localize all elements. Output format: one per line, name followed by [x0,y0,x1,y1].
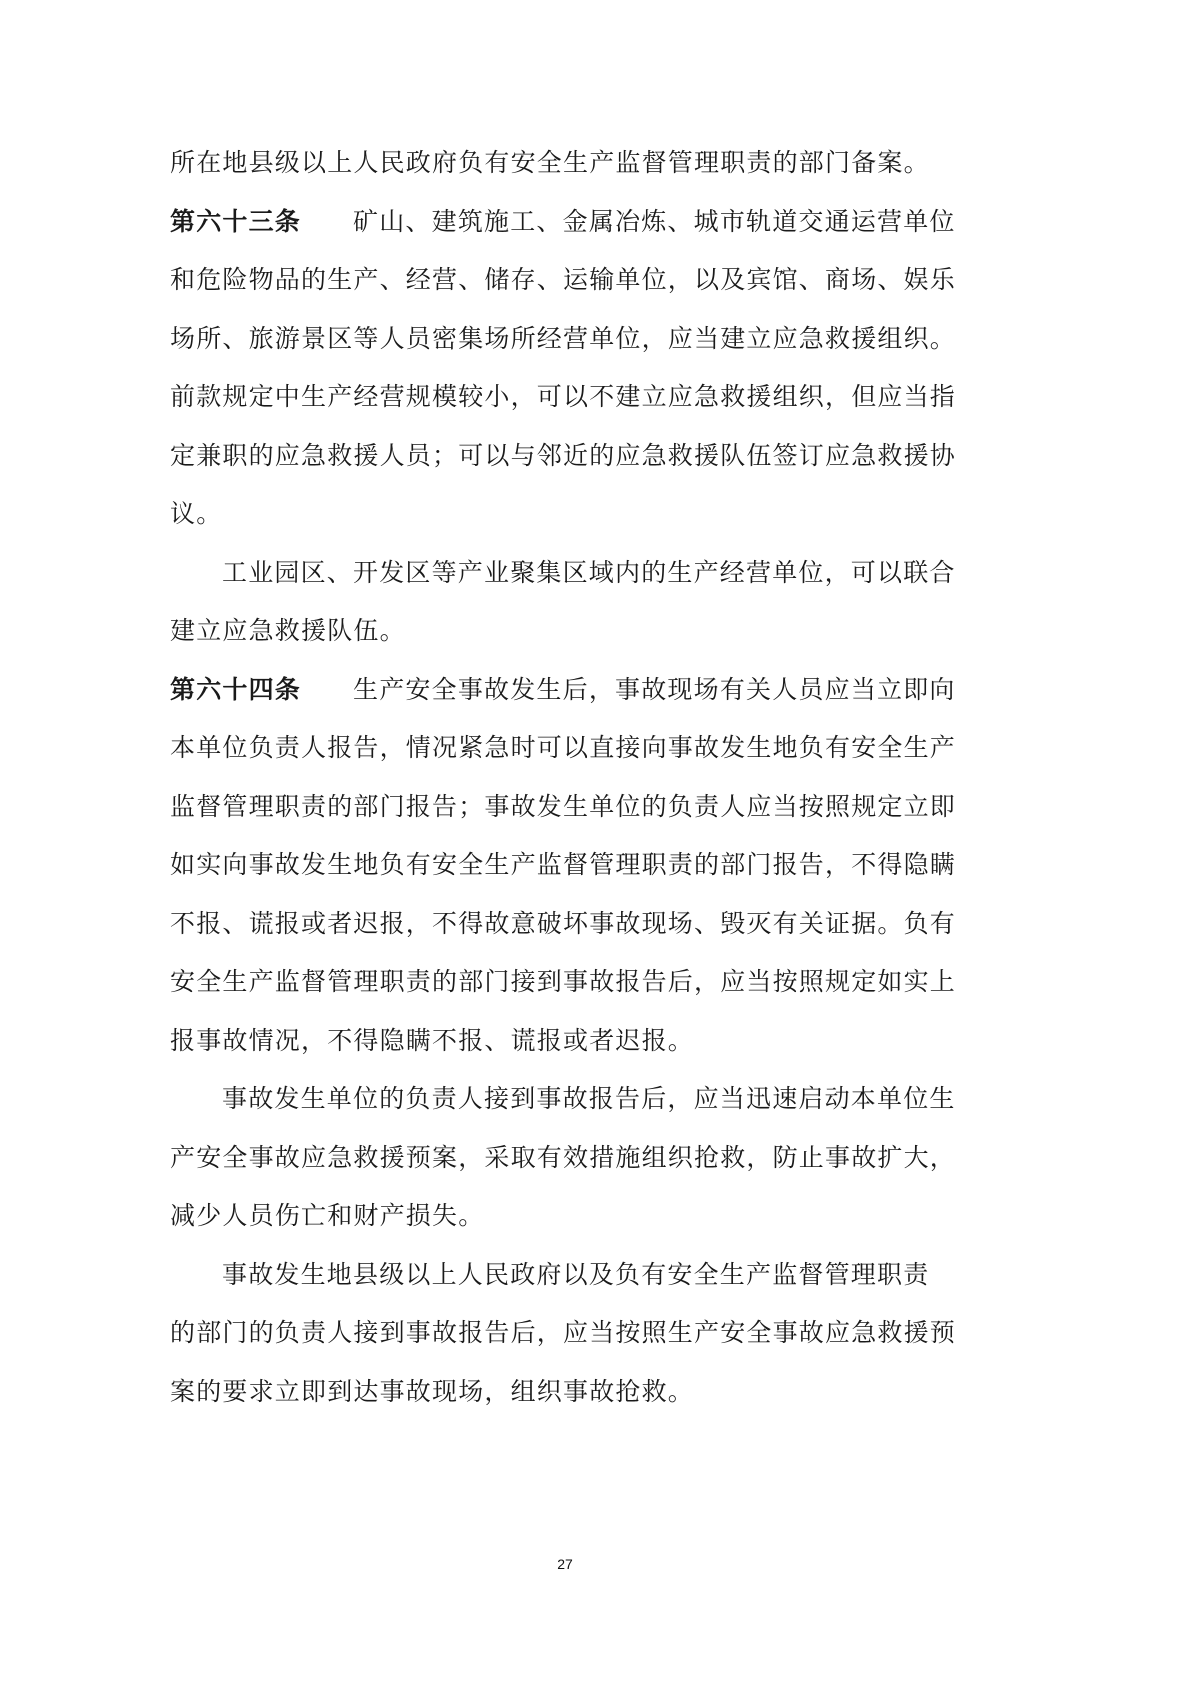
text-line: 如实向事故发生地负有安全生产监督管理职责的部门报告，不得隐瞒 [170,842,946,901]
line-text: 定兼职的应急救援人员；可以与邻近的应急救援队伍签订应急救援协 [170,441,956,470]
text-line: 监督管理职责的部门报告；事故发生单位的负责人应当按照规定立即 [170,784,946,843]
line-text: 前款规定中生产经营规模较小，可以不建立应急救援组织，但应当指 [170,382,956,411]
text-line: 场所、旅游景区等人员密集场所经营单位，应当建立应急救援组织。 [170,316,946,375]
text-line: 议。 [170,491,946,550]
text-line: 不报、谎报或者迟报，不得故意破坏事故现场、毁灭有关证据。负有 [170,901,946,960]
line-text: 议。 [170,499,222,528]
article-heading-line: 第六十三条矿山、建筑施工、金属冶炼、城市轨道交通运营单位 [170,199,946,258]
text-line: 建立应急救援队伍。 [170,608,946,667]
text-line: 所在地县级以上人民政府负有安全生产监督管理职责的部门备案。 [170,140,946,199]
line-text: 案的要求立即到达事故现场，组织事故抢救。 [170,1377,694,1406]
text-line: 安全生产监督管理职责的部门接到事故报告后，应当按照规定如实上 [170,959,946,1018]
document-page: 所在地县级以上人民政府负有安全生产监督管理职责的部门备案。 第六十三条矿山、建筑… [0,0,1190,1683]
paragraph-start-line: 事故发生地县级以上人民政府以及负有安全生产监督管理职责 [170,1252,946,1311]
line-text: 不报、谎报或者迟报，不得故意破坏事故现场、毁灭有关证据。负有 [170,909,956,938]
body-text: 所在地县级以上人民政府负有安全生产监督管理职责的部门备案。 第六十三条矿山、建筑… [170,140,946,1427]
article-heading-line: 第六十四条生产安全事故发生后，事故现场有关人员应当立即向 [170,667,946,726]
line-text: 本单位负责人报告，情况紧急时可以直接向事故发生地负有安全生产 [170,733,956,762]
line-text: 报事故情况，不得隐瞒不报、谎报或者迟报。 [170,1026,694,1055]
paragraph-start-line: 工业园区、开发区等产业聚集区域内的生产经营单位，可以联合 [170,550,946,609]
text-line: 和危险物品的生产、经营、储存、运输单位，以及宾馆、商场、娱乐 [170,257,946,316]
text-line: 本单位负责人报告，情况紧急时可以直接向事故发生地负有安全生产 [170,725,946,784]
paragraph-start-line: 事故发生单位的负责人接到事故报告后，应当迅速启动本单位生 [170,1076,946,1135]
text-line: 减少人员伤亡和财产损失。 [170,1193,946,1252]
line-text: 减少人员伤亡和财产损失。 [170,1201,484,1230]
line-text: 场所、旅游景区等人员密集场所经营单位，应当建立应急救援组织。 [170,324,956,353]
article-number: 第六十四条 [170,675,301,704]
line-text: 事故发生单位的负责人接到事故报告后，应当迅速启动本单位生 [222,1084,956,1113]
text-line: 前款规定中生产经营规模较小，可以不建立应急救援组织，但应当指 [170,374,946,433]
line-text: 工业园区、开发区等产业聚集区域内的生产经营单位，可以联合 [222,558,956,587]
line-text: 监督管理职责的部门报告；事故发生单位的负责人应当按照规定立即 [170,792,956,821]
line-text: 如实向事故发生地负有安全生产监督管理职责的部门报告，不得隐瞒 [170,850,956,879]
text-line: 的部门的负责人接到事故报告后，应当按照生产安全事故应急救援预 [170,1310,946,1369]
page-number: 27 [0,1556,1130,1572]
text-line: 案的要求立即到达事故现场，组织事故抢救。 [170,1369,946,1428]
article-number: 第六十三条 [170,207,301,236]
line-text: 和危险物品的生产、经营、储存、运输单位，以及宾馆、商场、娱乐 [170,265,956,294]
text-line: 定兼职的应急救援人员；可以与邻近的应急救援队伍签订应急救援协 [170,433,946,492]
line-text: 矿山、建筑施工、金属冶炼、城市轨道交通运营单位 [353,207,956,236]
line-text: 安全生产监督管理职责的部门接到事故报告后，应当按照规定如实上 [170,967,956,996]
line-text: 事故发生地县级以上人民政府以及负有安全生产监督管理职责 [222,1260,929,1289]
line-text: 生产安全事故发生后，事故现场有关人员应当立即向 [353,675,956,704]
line-text: 建立应急救援队伍。 [170,616,406,645]
line-text: 产安全事故应急救援预案，采取有效措施组织抢救，防止事故扩大， [170,1143,956,1172]
line-text: 的部门的负责人接到事故报告后，应当按照生产安全事故应急救援预 [170,1318,956,1347]
text-line: 报事故情况，不得隐瞒不报、谎报或者迟报。 [170,1018,946,1077]
text-line: 产安全事故应急救援预案，采取有效措施组织抢救，防止事故扩大， [170,1135,946,1194]
line-text: 所在地县级以上人民政府负有安全生产监督管理职责的部门备案。 [170,148,930,177]
